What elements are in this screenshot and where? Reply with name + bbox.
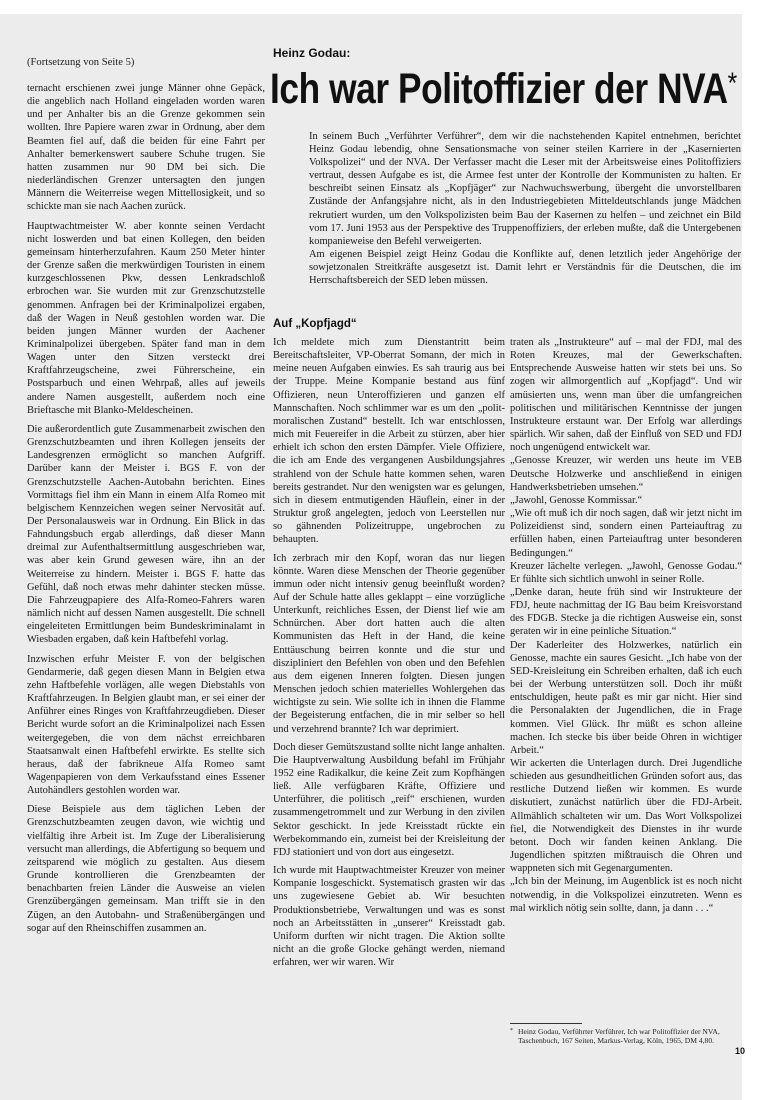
paragraph: Ich meldete mich zum Dienstantritt beim … [273, 336, 505, 547]
article-title: Ich war Politoffizier der NVA* [270, 60, 737, 113]
paragraph: „Genosse Kreuzer, wir werden uns heute i… [510, 454, 742, 493]
paragraph: Doch dieser Gemütszustand sollte nicht l… [273, 741, 505, 859]
paragraph: traten als „Instrukteure“ auf – mal der … [510, 336, 742, 454]
footnote-mark: * [510, 1027, 513, 1036]
paragraph: Der Kaderleiter des Holzwerkes, natürlic… [510, 639, 742, 757]
paragraph: Wir ackerten die Unterlagen durch. Drei … [510, 757, 742, 875]
paragraph: Hauptwachtmeister W. aber konnte seinen … [27, 220, 265, 417]
intro-paragraph: In seinem Buch „Verführter Verführer“, d… [309, 130, 741, 248]
paragraph: „Ich bin der Meinung, im Augenblick ist … [510, 875, 742, 914]
right-column: traten als „Instrukteure“ auf – mal der … [510, 336, 742, 915]
paragraph: Inzwischen erfuhr Meister F. von der bel… [27, 653, 265, 798]
footnote: * Heinz Godau, Verführter Verführer, Ich… [510, 1027, 735, 1046]
paragraph: „Wie oft muß ich dir noch sagen, daß wir… [510, 507, 742, 560]
article-author: Heinz Godau: [273, 46, 350, 60]
page-number: 10 [735, 1046, 745, 1056]
intro-paragraph: Am eigenen Beispiel zeigt Heinz Godau di… [309, 248, 741, 287]
paragraph: „Denke daran, heute früh sind wir Instru… [510, 586, 742, 639]
section-heading: Auf „Kopfjagd“ [273, 318, 357, 330]
title-text: Ich war Politoffizier der NVA [270, 65, 728, 113]
footnote-divider [510, 1023, 582, 1024]
paragraph: Die außerordentlich gute Zusammenarbeit … [27, 423, 265, 647]
paragraph: Ich zerbrach mir den Kopf, woran das nur… [273, 552, 505, 736]
asterisk-footnote-mark: * [728, 67, 737, 100]
left-column: ternacht erschienen zwei junge Männer oh… [27, 82, 265, 935]
middle-column: Ich meldete mich zum Dienstantritt beim … [273, 336, 505, 969]
continuation-note: (Fortsetzung von Seite 5) [27, 57, 134, 68]
article-intro: In seinem Buch „Verführter Verführer“, d… [309, 130, 741, 287]
paragraph: Kreuzer lächelte verlegen. „Jawohl, Geno… [510, 560, 742, 586]
paragraph: „Jawohl, Genosse Kommissar.“ [510, 494, 742, 507]
paragraph: ternacht erschienen zwei junge Männer oh… [27, 82, 265, 214]
paragraph: Ich wurde mit Hauptwachtmeister Kreuzer … [273, 864, 505, 969]
footnote-text: Heinz Godau, Verführter Verführer, Ich w… [510, 1027, 735, 1046]
paragraph: Diese Beispiele aus dem täglichen Leben … [27, 803, 265, 935]
